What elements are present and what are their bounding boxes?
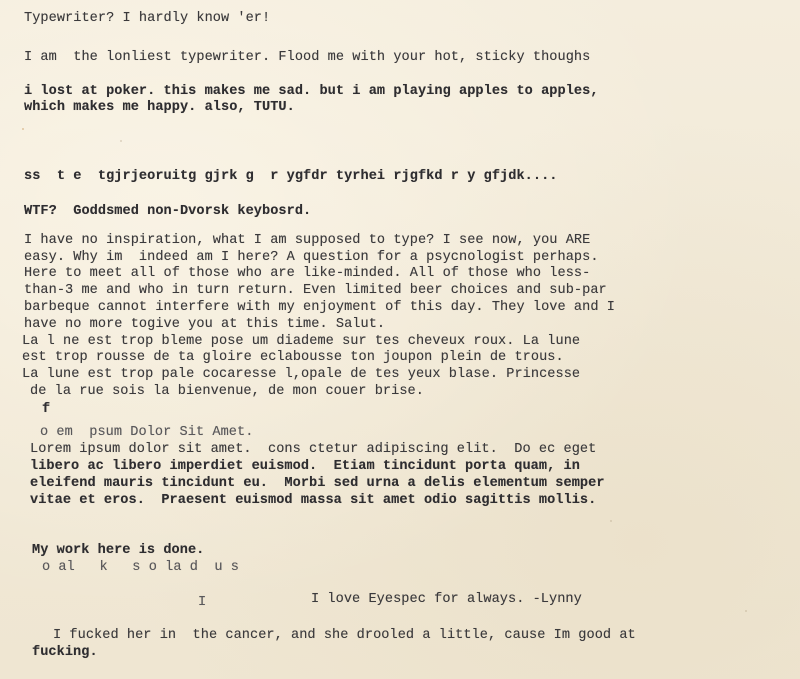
- text-line-15: La lune est trop pale cocaresse l,opale …: [22, 367, 580, 383]
- text-line-8: easy. Why im indeed am I here? A questio…: [24, 250, 599, 266]
- text-line-7: I have no inspiration, what I am suppose…: [24, 233, 590, 249]
- paper-speck: [22, 128, 24, 130]
- text-line-9: Here to meet all of those who are like-m…: [24, 266, 590, 282]
- paper-speck: [745, 610, 747, 612]
- text-line-26: I love Eyespec for always. -Lynny: [311, 592, 582, 608]
- text-line-28: fucking.: [32, 645, 98, 661]
- paper-speck: [120, 140, 122, 142]
- text-line-13: La l ne est trop bleme pose um diademe s…: [22, 334, 580, 350]
- text-line-1: Typewriter? I hardly know 'er!: [24, 11, 270, 27]
- text-line-6: WTF? Goddsmed non-Dvorsk keybosrd.: [24, 204, 311, 220]
- text-line-19: Lorem ipsum dolor sit amet. cons ctetur …: [30, 442, 596, 458]
- text-line-21: eleifend mauris tincidunt eu. Morbi sed …: [30, 476, 605, 492]
- text-line-14: est trop rousse de ta gloire eclabousse …: [22, 350, 564, 366]
- text-line-16: de la rue sois la bienvenue, de mon coue…: [30, 384, 424, 400]
- text-line-2: I am the lonliest typewriter. Flood me w…: [24, 50, 590, 66]
- text-line-22: vitae et eros. Praesent euismod massa si…: [30, 493, 596, 509]
- text-line-4: which makes me happy. also, TUTU.: [24, 100, 295, 116]
- text-line-5: ss t e tgjrjeoruitg gjrk g r ygfdr tyrhe…: [24, 169, 558, 185]
- paper-speck: [610, 520, 612, 522]
- text-line-23: My work here is done.: [32, 543, 204, 559]
- text-line-25: I: [198, 595, 206, 611]
- text-line-24: o al k s o la d u s: [42, 560, 239, 576]
- text-line-12: have no more togive you at this time. Sa…: [24, 317, 385, 333]
- text-line-3: i lost at poker. this makes me sad. but …: [24, 84, 599, 100]
- typewritten-page: Typewriter? I hardly know 'er! I am the …: [0, 0, 800, 679]
- text-line-18: o em psum Dolor Sit Amet.: [40, 425, 253, 441]
- text-line-11: barbeque cannot interfere with my enjoym…: [24, 300, 615, 316]
- text-line-17: f: [42, 402, 50, 418]
- text-line-20: libero ac libero imperdiet euismod. Etia…: [30, 459, 580, 475]
- text-line-10: than-3 me and who in turn return. Even l…: [24, 283, 607, 299]
- text-line-27: I fucked her in the cancer, and she droo…: [53, 628, 636, 644]
